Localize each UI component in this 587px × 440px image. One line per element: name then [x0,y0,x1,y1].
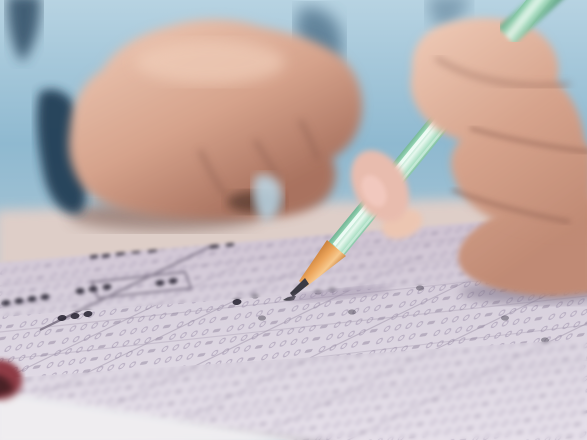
right-hand [339,18,587,244]
pencil-shaft-upper [506,0,566,36]
knuckle-highlight [135,40,285,84]
left-hand [69,19,362,219]
exam-photo [0,0,587,440]
scene-foreground [0,0,587,440]
